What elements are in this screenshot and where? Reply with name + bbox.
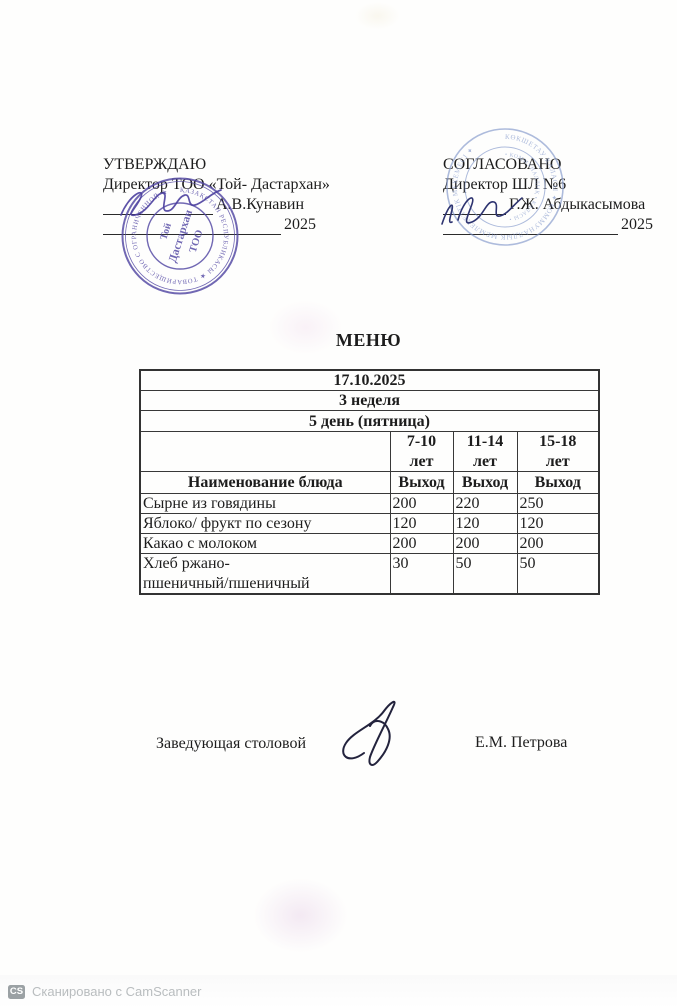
approval-left-date-line: 2025 — [103, 215, 330, 235]
camscanner-text: Сканировано с CamScanner — [32, 984, 201, 999]
menu-day: 5 день (пятница) — [140, 411, 599, 432]
approval-left-signature-line: А.В.Кунавин — [103, 195, 330, 215]
dish-value: 200 — [390, 534, 453, 554]
approval-right-year: 2025 — [621, 215, 653, 235]
table-row-headers: Наименование блюда Выход Выход Выход — [140, 471, 599, 493]
dish-value: 200 — [517, 534, 599, 554]
age-range: 7-10 — [393, 432, 451, 451]
dish-column-header: Наименование блюда — [140, 471, 390, 493]
canteen-manager-name: Е.М. Петрова — [475, 734, 567, 752]
age-group-header: 15-18 лет — [517, 432, 599, 471]
approval-block-right: СОГЛАСОВАНО Директор ШЛ №6 Г.Ж. Абдыкасы… — [443, 155, 653, 235]
table-row-day: 5 день (пятница) — [140, 411, 599, 432]
output-column-header: Выход — [517, 471, 599, 493]
menu-table: 17.10.2025 3 неделя 5 день (пятница) 7-1… — [139, 369, 600, 595]
dish-name: Хлеб ржано- пшеничный/пшеничный — [140, 554, 390, 595]
signature-petrova — [330, 695, 430, 775]
age-unit: лет — [520, 452, 597, 471]
menu-date: 17.10.2025 — [140, 370, 599, 391]
approval-right-signer: Г.Ж. Абдыкасымова — [509, 195, 645, 215]
approval-left-heading: УТВЕРЖДАЮ — [103, 155, 330, 175]
signature-line — [103, 214, 213, 215]
approval-right-role: Директор ШЛ №6 — [443, 175, 653, 195]
output-column-header: Выход — [390, 471, 453, 493]
dish-name: Сырне из говядины — [140, 493, 390, 513]
table-row-week: 3 неделя — [140, 391, 599, 411]
dish-value: 120 — [517, 513, 599, 533]
dish-value: 120 — [453, 513, 517, 533]
approval-right-signature-line: Г.Ж. Абдыкасымова — [443, 195, 653, 215]
dish-value: 250 — [517, 493, 599, 513]
table-row-dish: Яблоко/ фрукт по сезону 120 120 120 — [140, 513, 599, 533]
table-row-dish: Какао с молоком 200 200 200 — [140, 534, 599, 554]
dish-value: 50 — [517, 554, 599, 595]
document-title: МЕНЮ — [139, 330, 598, 351]
dish-value: 30 — [390, 554, 453, 595]
approval-block-left: УТВЕРЖДАЮ Директор ТОО «Той- Дастархан» … — [103, 155, 330, 235]
table-row-age-groups: 7-10 лет 11-14 лет 15-18 лет — [140, 432, 599, 471]
approval-left-role: Директор ТОО «Той- Дастархан» — [103, 175, 330, 195]
dish-value: 220 — [453, 493, 517, 513]
dish-name: Какао с молоком — [140, 534, 390, 554]
table-row-dish: Хлеб ржано- пшеничный/пшеничный 30 50 50 — [140, 554, 599, 595]
empty-cell — [140, 432, 390, 471]
approval-left-year: 2025 — [284, 215, 316, 235]
dish-name: Яблоко/ фрукт по сезону — [140, 513, 390, 533]
date-line — [103, 234, 281, 235]
dish-value: 200 — [390, 493, 453, 513]
camscanner-icon: CS — [8, 985, 25, 999]
scan-smudge — [253, 878, 348, 953]
dish-value: 120 — [390, 513, 453, 533]
scan-smudge — [355, 2, 400, 30]
age-range: 15-18 — [520, 432, 597, 451]
canteen-manager-label: Заведующая столовой — [156, 735, 306, 753]
age-unit: лет — [456, 452, 515, 471]
date-line — [443, 234, 618, 235]
camscanner-footer: CS Сканировано с CamScanner — [0, 975, 677, 1008]
dish-value: 50 — [453, 554, 517, 595]
signature-line — [443, 214, 506, 215]
table-row-dish: Сырне из говядины 200 220 250 — [140, 493, 599, 513]
menu-week: 3 неделя — [140, 391, 599, 411]
age-range: 11-14 — [456, 432, 515, 451]
output-column-header: Выход — [453, 471, 517, 493]
table-row-date: 17.10.2025 — [140, 370, 599, 391]
approval-right-heading: СОГЛАСОВАНО — [443, 155, 653, 175]
dish-value: 200 — [453, 534, 517, 554]
age-unit: лет — [393, 452, 451, 471]
approval-left-signer: А.В.Кунавин — [216, 195, 304, 215]
age-group-header: 7-10 лет — [390, 432, 453, 471]
age-group-header: 11-14 лет — [453, 432, 517, 471]
approval-right-date-line: 2025 — [443, 215, 653, 235]
